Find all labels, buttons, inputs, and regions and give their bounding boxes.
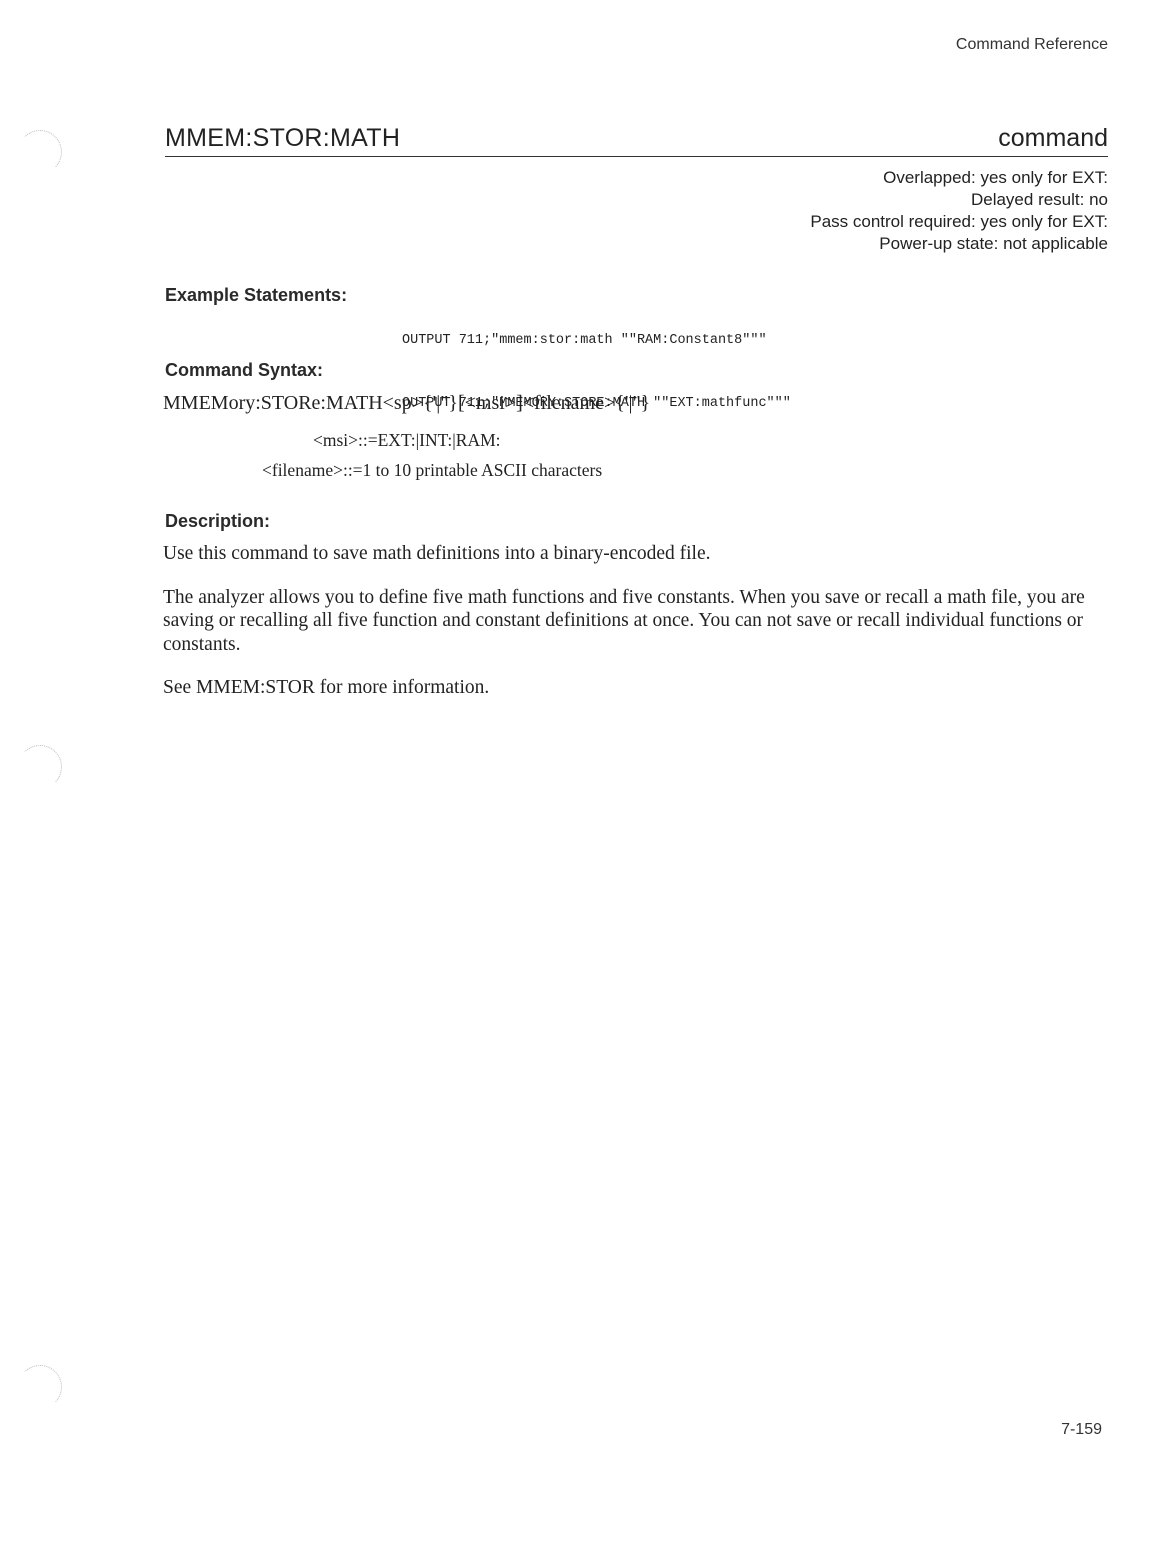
attr-delayed-result: Delayed result: no (810, 189, 1108, 211)
description-heading: Description: (165, 511, 270, 532)
command-name: MMEM:STOR:MATH (165, 124, 400, 153)
example-line: OUTPUT 711;"mmem:stor:math ""RAM:Constan… (402, 330, 791, 351)
running-header: Command Reference (956, 36, 1108, 54)
description-paragraph: See MMEM:STOR for more information. (163, 676, 1103, 700)
syntax-main: MMEMory:STORe:MATH<sp>{'|"}[<msi>]<filen… (163, 392, 650, 415)
syntax-msi-def: <msi>::=EXT:|INT:|RAM: (313, 430, 501, 451)
command-attributes: Overlapped: yes only for EXT: Delayed re… (810, 167, 1108, 255)
attr-power-up-state: Power-up state: not applicable (810, 233, 1108, 255)
attr-pass-control: Pass control required: yes only for EXT: (810, 211, 1108, 233)
description-paragraph: The analyzer allows you to define five m… (163, 586, 1103, 657)
attr-overlapped: Overlapped: yes only for EXT: (810, 167, 1108, 189)
command-title-row: MMEM:STOR:MATH command (165, 120, 1108, 157)
punch-hole-mark (18, 745, 62, 789)
syntax-heading: Command Syntax: (165, 360, 323, 381)
command-kind: command (998, 124, 1108, 153)
page-number: 7-159 (1061, 1421, 1102, 1439)
punch-hole-mark (18, 130, 62, 174)
examples-heading: Example Statements: (165, 285, 347, 306)
description-paragraph: Use this command to save math definition… (163, 542, 1103, 566)
description-body: Use this command to save math definition… (163, 542, 1103, 720)
syntax-filename-def: <filename>::=1 to 10 printable ASCII cha… (262, 460, 602, 481)
punch-hole-mark (18, 1365, 62, 1409)
